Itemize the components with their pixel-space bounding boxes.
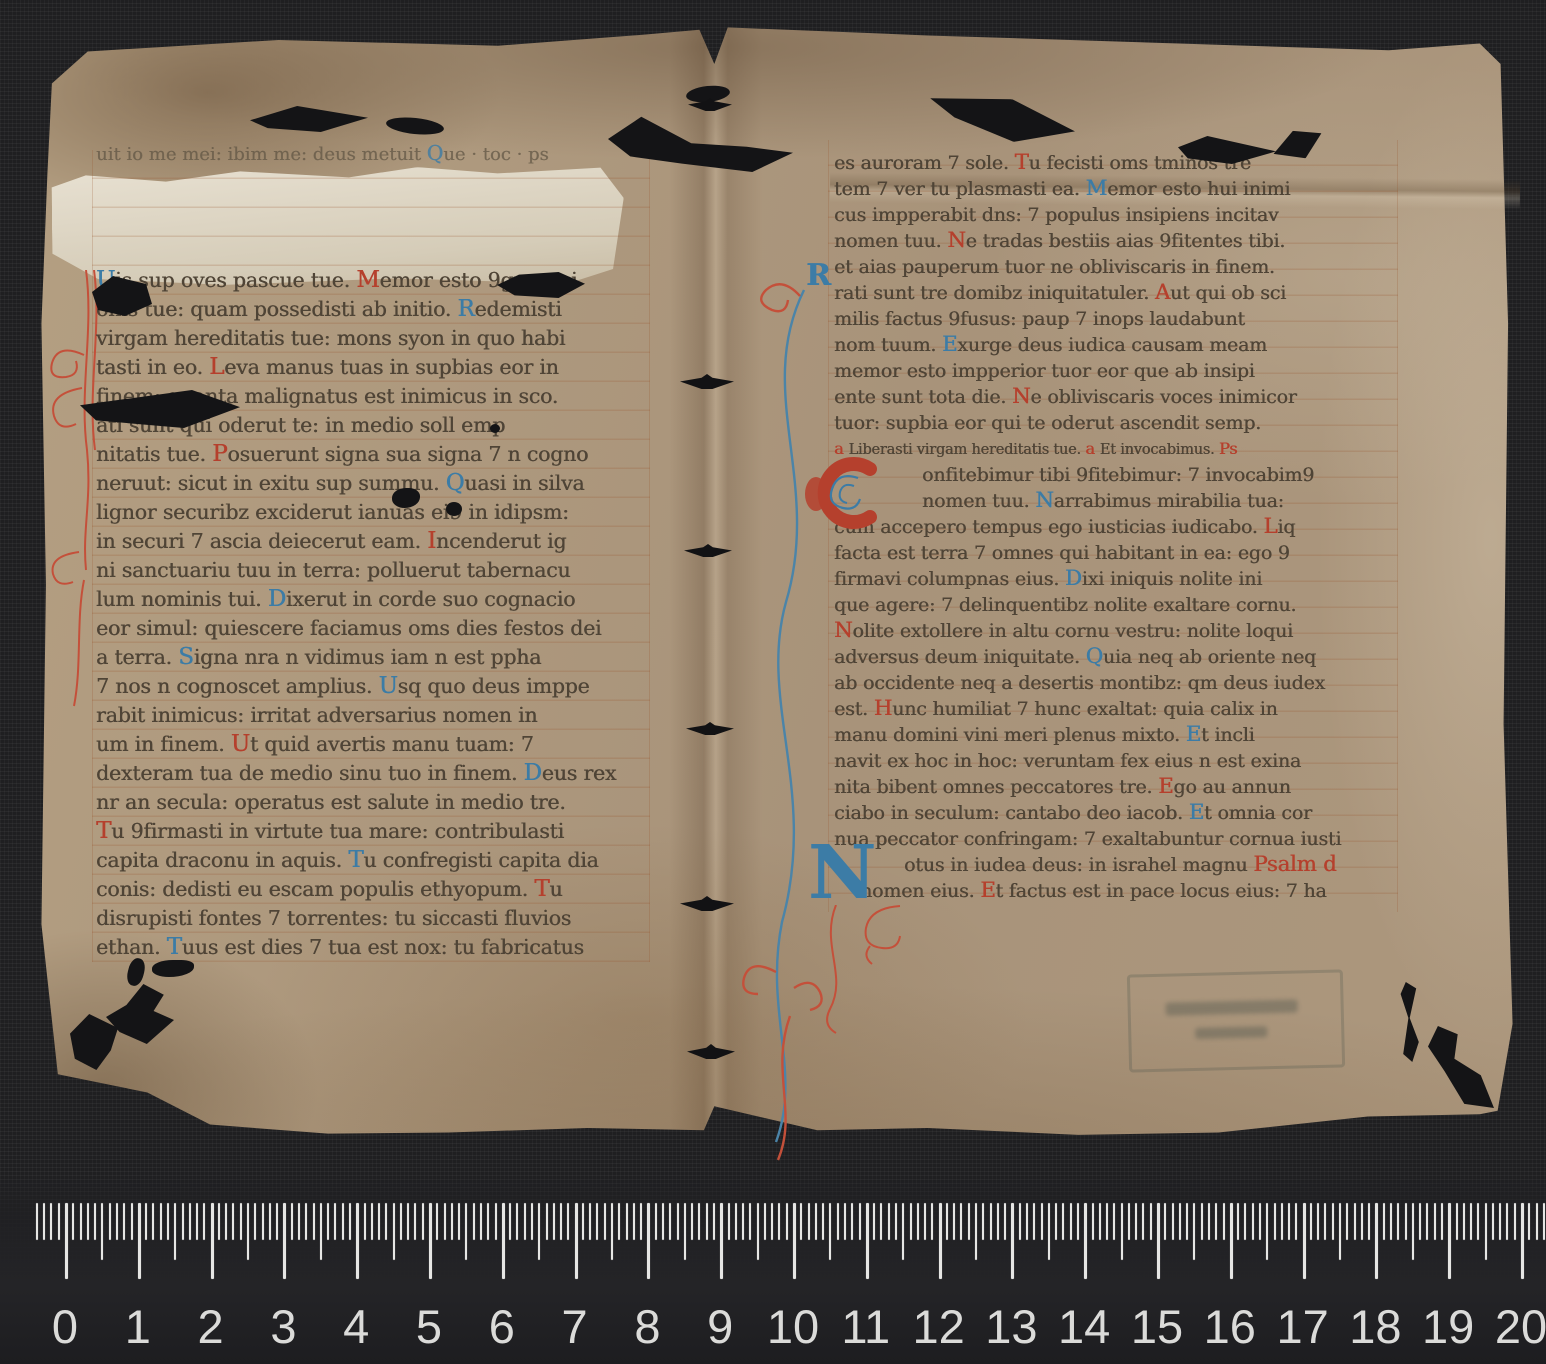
manuscript-line: es auroram 7 sole. Tu fecisti oms tminos… bbox=[834, 150, 1394, 176]
rubric-letter: A bbox=[1155, 280, 1170, 305]
ink-text: et aias pauperum tuor ne obliviscaris in… bbox=[834, 256, 1275, 278]
rubric-letter: I bbox=[427, 528, 436, 554]
manuscript-line: a Liberasti virgam hereditatis tue. a Et… bbox=[834, 436, 1394, 462]
manuscript-line: nomen tuu. Ne tradas bestiis aias 9fiten… bbox=[834, 228, 1394, 254]
faded-header-text: uit io me mei: ibim me: deus metuit Que … bbox=[96, 140, 636, 166]
ink-text: nitatis tue. bbox=[96, 442, 212, 466]
ink-text: uit io me mei: ibim me: deus metuit bbox=[96, 144, 427, 165]
manuscript-line: virgam hereditatis tue: mons syon in quo… bbox=[96, 324, 648, 353]
ink-text: eva manus tuas in supbias eor in bbox=[224, 355, 558, 379]
ink-text: olite extollere in altu cornu vestru: no… bbox=[852, 620, 1293, 642]
manuscript-line: 7 nos n cognoscet amplius. Usq quo deus … bbox=[96, 672, 648, 701]
blue-initial-letter: D bbox=[1065, 566, 1082, 591]
manuscript-line: in securi 7 ascia deiecerut eam. Incende… bbox=[96, 527, 648, 556]
blue-initial-letter: R bbox=[457, 296, 474, 322]
ink-text: rabit inimicus: irritat adversarius nome… bbox=[96, 703, 537, 727]
ink-text: nomen tuu. bbox=[834, 230, 947, 252]
rubric-letter: U bbox=[231, 731, 250, 757]
ink-text: uia neq ab oriente neq bbox=[1103, 646, 1316, 668]
ink-text: ab occidente neq a desertis montibz: qm … bbox=[834, 672, 1325, 694]
manuscript-line: cum accepero tempus ego iusticias iudica… bbox=[834, 514, 1394, 540]
ink-text: navit ex hoc in hoc: veruntam fex eius n… bbox=[834, 750, 1301, 772]
ink-text: conis: dedisti eu escam populis ethyopum… bbox=[96, 877, 534, 901]
manuscript-line: lum nominis tui. Dixerut in corde suo co… bbox=[96, 585, 648, 614]
ruler-background-strip bbox=[0, 1172, 1546, 1364]
blue-initial-letter: E bbox=[942, 332, 957, 357]
blue-initial-letter: Q bbox=[427, 141, 444, 165]
ink-text: tuor: supbia eor qui te oderut ascendit … bbox=[834, 412, 1261, 434]
decorated-initial-n: N bbox=[808, 836, 876, 910]
ink-text: ethan. bbox=[96, 935, 167, 959]
ink-text: ente sunt tota die. bbox=[834, 386, 1012, 408]
manuscript-line: nita bibent omnes peccatores tre. Ego au… bbox=[834, 774, 1394, 800]
ink-text: ixerut in corde suo cognacio bbox=[286, 587, 575, 611]
manuscript-line: ciabo in seculum: cantabo deo iacob. Et … bbox=[834, 800, 1394, 826]
manuscript-line: adversus deum iniquitate. Quia neq ab or… bbox=[834, 644, 1394, 670]
ink-text: otus in iudea deus: in israhel magnu bbox=[904, 854, 1253, 876]
manuscript-line: um in finem. Ut quid avertis manu tuam: … bbox=[96, 730, 648, 759]
ink-text: e obliviscaris voces inimicor bbox=[1030, 386, 1296, 408]
ink-text: milis factus 9fusus: paup 7 inops laudab… bbox=[834, 308, 1245, 330]
ink-text: cum accepero tempus ego iusticias iudica… bbox=[834, 516, 1263, 538]
blue-initial-letter: Q bbox=[1086, 644, 1103, 669]
ink-text: que agere: 7 delinquentibz nolite exalta… bbox=[834, 594, 1296, 616]
manuscript-line: milis factus 9fusus: paup 7 inops laudab… bbox=[834, 306, 1394, 332]
manuscript-line: que agere: 7 delinquentibz nolite exalta… bbox=[834, 592, 1394, 618]
ink-text: manu domini vini meri plenus mixto. bbox=[834, 724, 1186, 746]
rubric-letter: N bbox=[834, 618, 852, 643]
ink-text: lignor securibz exciderut ianuas ei9 in … bbox=[96, 500, 569, 524]
ink-text: neruut: sicut in exitu sup summu. bbox=[96, 471, 446, 495]
ink-stamp bbox=[1127, 969, 1345, 1072]
blue-initial-letter: M bbox=[1086, 176, 1108, 201]
ink-text: adversus deum iniquitate. bbox=[834, 646, 1086, 668]
ink-text: emor esto hui inimi bbox=[1107, 178, 1290, 200]
rubric-letter: P bbox=[212, 441, 227, 467]
ink-text: nita bibent omnes peccatores tre. bbox=[834, 776, 1158, 798]
rubric-letter: N bbox=[1012, 384, 1030, 409]
manuscript-line: ethan. Tuus est dies 7 tua est nox: tu f… bbox=[96, 933, 648, 962]
blue-initial-letter: N bbox=[1035, 488, 1053, 513]
blue-initial-letter: E bbox=[1189, 800, 1204, 825]
blue-initial-letter: U bbox=[379, 673, 398, 699]
blue-initial-letter: E bbox=[1186, 722, 1201, 747]
ink-text: u bbox=[549, 877, 562, 901]
worm-hole bbox=[490, 424, 500, 433]
rubric-letter: M bbox=[356, 267, 379, 293]
ink-text: ue · toc · ps bbox=[443, 144, 549, 165]
manuscript-line: navit ex hoc in hoc: veruntam fex eius n… bbox=[834, 748, 1394, 774]
manuscript-line: nr an secula: operatus est salute in med… bbox=[96, 788, 648, 817]
ink-text: a terra. bbox=[96, 645, 178, 669]
manuscript-line: tuor: supbia eor qui te oderut ascendit … bbox=[834, 410, 1394, 436]
manuscript-line: lignor securibz exciderut ianuas ei9 in … bbox=[96, 498, 648, 527]
worm-hole bbox=[446, 502, 462, 516]
manuscript-line: rabit inimicus: irritat adversarius nome… bbox=[96, 701, 648, 730]
ink-text: Et invocabimus. bbox=[1100, 442, 1219, 458]
manuscript-line: a terra. Signa nra n vidimus iam n est p… bbox=[96, 643, 648, 672]
ink-text: e tradas bestiis aias 9fitentes tibi. bbox=[966, 230, 1285, 252]
blue-initial-letter: Q bbox=[446, 470, 465, 496]
rubric-letter: E bbox=[1158, 774, 1173, 799]
ink-text: xurge deus iudica causam meam bbox=[957, 334, 1267, 356]
ink-text: lum nominis tui. bbox=[96, 587, 268, 611]
ink-text: ncenderut ig bbox=[436, 529, 566, 553]
rubric-letter: N bbox=[947, 228, 965, 253]
manuscript-line: rati sunt tre domibz iniquitatuler. Aut … bbox=[834, 280, 1394, 306]
rubric-letter: Psalm d bbox=[1253, 852, 1336, 877]
ink-text: is sup oves pascue tue. bbox=[115, 268, 356, 292]
ink-text: uus est dies 7 tua est nox: tu fabricatu… bbox=[182, 935, 584, 959]
blue-initial-letter: S bbox=[178, 644, 194, 670]
blue-initial-letter: D bbox=[524, 760, 542, 786]
ink-text: edemisti bbox=[474, 297, 561, 321]
ink-text: ciabo in seculum: cantabo deo iacob. bbox=[834, 802, 1189, 824]
rubric-letter: T bbox=[1015, 150, 1029, 175]
ink-text: tem 7 ver tu plasmasti ea. bbox=[834, 178, 1086, 200]
ink-text: uasi in silva bbox=[464, 471, 584, 495]
ink-text: nomen tuu. bbox=[922, 490, 1035, 512]
rubric-letter: a bbox=[834, 439, 848, 458]
manuscript-line: ente sunt tota die. Ne obliviscaris voce… bbox=[834, 384, 1394, 410]
ink-text: tasti in eo. bbox=[96, 355, 209, 379]
manuscript-line: dexteram tua de medio sinu tuo in finem.… bbox=[96, 759, 648, 788]
ink-text: eor simul: quiescere faciamus oms dies f… bbox=[96, 616, 601, 640]
manuscript-line: cus impperabit dns: 7 populus insipiens … bbox=[834, 202, 1394, 228]
ink-text: sq quo deus imppe bbox=[398, 674, 590, 698]
manuscript-line: ni sanctuariu tuu in terra: polluerut ta… bbox=[96, 556, 648, 585]
ink-text: osuerunt signa sua signa 7 n cogno bbox=[227, 442, 588, 466]
ink-text: facta est terra 7 omnes qui habitant in … bbox=[834, 542, 1290, 564]
ink-text: onfitebimur tibi 9fitebimur: 7 invocabim… bbox=[922, 464, 1314, 486]
ink-text: arrabimus mirabilia tua: bbox=[1054, 490, 1284, 512]
ink-text: t quid avertis manu tuam: 7 bbox=[250, 732, 534, 756]
rubric-letter: H bbox=[874, 696, 892, 721]
ink-text: in securi 7 ascia deiecerut eam. bbox=[96, 529, 427, 553]
manuscript-line: capita draconu in aquis. Tu confregisti … bbox=[96, 846, 648, 875]
rubric-letter: E bbox=[980, 878, 995, 903]
left-text-column: Uis sup oves pascue tue. Memor esto 9gre… bbox=[96, 266, 648, 962]
marginal-initial-letter: R bbox=[806, 258, 831, 293]
ink-text: memor esto impperior tuor eor que ab ins… bbox=[834, 360, 1255, 382]
blue-initial-letter: T bbox=[348, 847, 363, 873]
stamp-illegible-text bbox=[1195, 1026, 1267, 1039]
manuscript-line: facta est terra 7 omnes qui habitant in … bbox=[834, 540, 1394, 566]
manuscript-line: ab occidente neq a desertis montibz: qm … bbox=[834, 670, 1394, 696]
manuscript-line: et aias pauperum tuor ne obliviscaris in… bbox=[834, 254, 1394, 280]
ink-text: u confregisti capita dia bbox=[363, 848, 598, 872]
right-text-column: es auroram 7 sole. Tu fecisti oms tminos… bbox=[834, 150, 1394, 904]
manuscript-line: memor esto impperior tuor eor que ab ins… bbox=[834, 358, 1394, 384]
rubric-letter: L bbox=[1263, 514, 1277, 539]
ink-text: 7 nos n cognoscet amplius. bbox=[96, 674, 379, 698]
manuscript-line: onis tue: quam possedisti ab initio. Red… bbox=[96, 295, 648, 324]
ink-text: igna nra n vidimus iam n est ppha bbox=[194, 645, 542, 669]
ink-text: disrupisti fontes 7 torrentes: tu siccas… bbox=[96, 906, 571, 930]
manuscript-line: nom tuum. Exurge deus iudica causam meam bbox=[834, 332, 1394, 358]
ink-text: es auroram 7 sole. bbox=[834, 152, 1015, 174]
manuscript-line: tem 7 ver tu plasmasti ea. Memor esto hu… bbox=[834, 176, 1394, 202]
ink-text: iq bbox=[1277, 516, 1295, 538]
ink-text: nr an secula: operatus est salute in med… bbox=[96, 790, 566, 814]
ink-text: um in finem. bbox=[96, 732, 231, 756]
ink-text: t incli bbox=[1201, 724, 1254, 746]
ink-text: cus impperabit dns: 7 populus insipiens … bbox=[834, 204, 1278, 226]
stamp-illegible-text bbox=[1166, 999, 1298, 1015]
ink-text: nua peccator confringam: 7 exaltabuntur … bbox=[834, 828, 1341, 850]
ink-text: capita draconu in aquis. bbox=[96, 848, 348, 872]
manuscript-line: neruut: sicut in exitu sup summu. Quasi … bbox=[96, 469, 648, 498]
rubric-letter: L bbox=[209, 354, 224, 380]
ink-text: eus rex bbox=[542, 761, 616, 785]
manuscript-line: Tu 9firmasti in virtute tua mare: contri… bbox=[96, 817, 648, 846]
photo-scene: uit io me mei: ibim me: deus metuit Que … bbox=[0, 0, 1546, 1364]
ink-text: ni sanctuariu tuu in terra: polluerut ta… bbox=[96, 558, 570, 582]
rubric-letter: Ps bbox=[1219, 439, 1237, 458]
ink-text: go au annun bbox=[1173, 776, 1290, 798]
ink-text: dexteram tua de medio sinu tuo in finem. bbox=[96, 761, 524, 785]
ink-text: firmavi columpnas eius. bbox=[834, 568, 1065, 590]
manuscript-line: tasti in eo. Leva manus tuas in supbias … bbox=[96, 353, 648, 382]
manuscript-line: nua peccator confringam: 7 exaltabuntur … bbox=[834, 826, 1394, 852]
ink-text: Liberasti virgam hereditatis tue. bbox=[848, 442, 1085, 458]
manuscript-line: conis: dedisti eu escam populis ethyopum… bbox=[96, 875, 648, 904]
ink-text: t factus est in pace locus eius: 7 ha bbox=[996, 880, 1327, 902]
ink-text: virgam hereditatis tue: mons syon in quo… bbox=[96, 326, 565, 350]
blue-initial-letter: D bbox=[268, 586, 286, 612]
rubric-letter: T bbox=[534, 876, 549, 902]
manuscript-line: firmavi columpnas eius. Dixi iniquis nol… bbox=[834, 566, 1394, 592]
ink-text: ut qui ob sci bbox=[1170, 282, 1286, 304]
manuscript-line: est. Hunc humiliat 7 hunc exaltat: quia … bbox=[834, 696, 1394, 722]
ink-text: nom tuum. bbox=[834, 334, 942, 356]
manuscript-line: onfitebimur tibi 9fitebimur: 7 invocabim… bbox=[834, 462, 1394, 488]
manuscript-line: nomen tuu. Narrabimus mirabilia tua: bbox=[834, 488, 1394, 514]
ink-text: u 9firmasti in virtute tua mare: contrib… bbox=[111, 819, 564, 843]
manuscript-line: disrupisti fontes 7 torrentes: tu siccas… bbox=[96, 904, 648, 933]
manuscript-line: manu domini vini meri plenus mixto. Et i… bbox=[834, 722, 1394, 748]
manuscript-line: nomen eius. Et factus est in pace locus … bbox=[834, 878, 1394, 904]
manuscript-line: Nolite extollere in altu cornu vestru: n… bbox=[834, 618, 1394, 644]
manuscript-line: nitatis tue. Posuerunt signa sua signa 7… bbox=[96, 440, 648, 469]
blue-initial-letter: T bbox=[167, 934, 182, 960]
ink-text: ixi iniquis nolite ini bbox=[1082, 568, 1262, 590]
ink-text: nomen eius. bbox=[860, 880, 980, 902]
manuscript-line: uit io me mei: ibim me: deus metuit Que … bbox=[96, 140, 636, 166]
manuscript-line: otus in iudea deus: in israhel magnu Psa… bbox=[834, 852, 1394, 878]
ink-text: t omnia cor bbox=[1204, 802, 1312, 824]
ink-text: rati sunt tre domibz iniquitatuler. bbox=[834, 282, 1155, 304]
ink-text: est. bbox=[834, 698, 874, 720]
manuscript-line: eor simul: quiescere faciamus oms dies f… bbox=[96, 614, 648, 643]
ink-text: unc humiliat 7 hunc exaltat: quia calix … bbox=[892, 698, 1277, 720]
rubric-letter: T bbox=[96, 818, 111, 844]
rubric-letter: a bbox=[1085, 439, 1099, 458]
